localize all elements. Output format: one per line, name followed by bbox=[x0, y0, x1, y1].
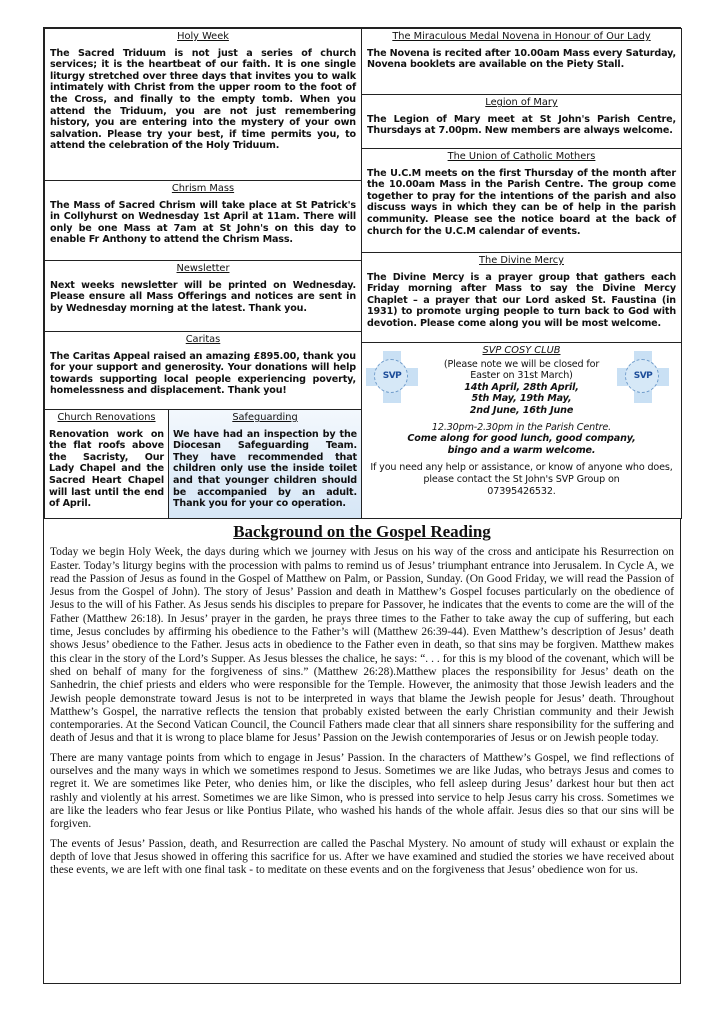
holy-week-section: Holy Week The Sacred Triduum is not just… bbox=[44, 28, 362, 181]
svp-closure-note: (Please note we will be closed for Easte… bbox=[432, 359, 611, 382]
svp-time: 12.30pm-2.30pm in the Parish Centre. bbox=[362, 422, 681, 434]
newsletter-section: Newsletter Next weeks newsletter will be… bbox=[44, 260, 362, 332]
legion-of-mary-section: Legion of Mary The Legion of Mary meet a… bbox=[361, 94, 682, 149]
svp-invite: Come along for good lunch, good company, bbox=[362, 433, 681, 445]
newsletter-page: Holy Week The Sacred Triduum is not just… bbox=[43, 27, 681, 984]
church-renovations-section: Church Renovations Renovation work on th… bbox=[44, 409, 169, 519]
section-title: Chrism Mass bbox=[45, 183, 361, 195]
svp-logo-icon: SVP bbox=[617, 351, 669, 403]
section-body: The U.C.M meets on the first Thursday of… bbox=[367, 168, 676, 238]
svp-contact: If you need any help or assistance, or k… bbox=[370, 462, 673, 485]
section-body: The Sacred Triduum is not just a series … bbox=[50, 48, 356, 152]
svp-cosy-club-section: SVP SVP SVP COSY CLUB (Please note we wi… bbox=[361, 342, 682, 519]
safeguarding-section: Safeguarding We have had an inspection b… bbox=[168, 409, 362, 519]
gospel-paragraph: The events of Jesus’ Passion, death, and… bbox=[50, 838, 674, 878]
divine-mercy-section: The Divine Mercy The Divine Mercy is a p… bbox=[361, 252, 682, 343]
section-title: Caritas bbox=[45, 334, 361, 346]
svp-invite: bingo and a warm welcome. bbox=[362, 445, 681, 457]
gospel-paragraph: Today we begin Holy Week, the days durin… bbox=[50, 546, 674, 745]
section-title: The Divine Mercy bbox=[362, 255, 681, 267]
section-body: Next weeks newsletter will be printed on… bbox=[50, 280, 356, 315]
section-title: Church Renovations bbox=[45, 412, 168, 424]
svp-logo-icon: SVP bbox=[366, 351, 418, 403]
gospel-paragraph: There are many vantage points from which… bbox=[50, 752, 674, 832]
gospel-background-section: Background on the Gospel Reading Today w… bbox=[44, 518, 680, 984]
chrism-mass-section: Chrism Mass The Mass of Sacred Chrism wi… bbox=[44, 180, 362, 261]
section-title: The Miraculous Medal Novena in Honour of… bbox=[362, 31, 681, 43]
section-body: We have had an inspection by the Diocesa… bbox=[173, 429, 357, 510]
section-body: The Caritas Appeal raised an amazing £89… bbox=[50, 351, 356, 397]
section-body: The Divine Mercy is a prayer group that … bbox=[367, 272, 676, 330]
section-title: Holy Week bbox=[45, 31, 361, 43]
svp-phone[interactable]: 07395426532. bbox=[362, 486, 681, 498]
section-title: Legion of Mary bbox=[362, 97, 681, 109]
caritas-section: Caritas The Caritas Appeal raised an ama… bbox=[44, 331, 362, 410]
section-title: Newsletter bbox=[45, 263, 361, 275]
section-title: The Union of Catholic Mothers bbox=[362, 151, 681, 163]
section-body: The Novena is recited after 10.00am Mass… bbox=[367, 48, 676, 71]
novena-section: The Miraculous Medal Novena in Honour of… bbox=[361, 28, 682, 95]
svp-dates: 2nd June, 16th June bbox=[362, 405, 681, 417]
section-title: Background on the Gospel Reading bbox=[44, 525, 680, 538]
ucm-section: The Union of Catholic Mothers The U.C.M … bbox=[361, 148, 682, 253]
section-title: Safeguarding bbox=[169, 412, 361, 424]
section-body: Renovation work on the flat roofs above … bbox=[49, 429, 164, 510]
section-body: The Mass of Sacred Chrism will take plac… bbox=[50, 200, 356, 246]
section-body: The Legion of Mary meet at St John's Par… bbox=[367, 114, 676, 137]
